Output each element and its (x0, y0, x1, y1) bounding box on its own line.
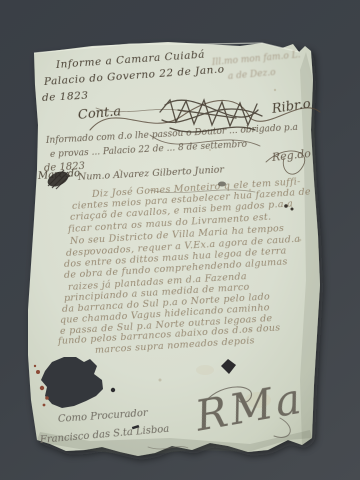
ink-dot-blot (111, 388, 115, 392)
ink-blot-layer (0, 0, 360, 480)
small-ink-dots (218, 182, 294, 211)
ink-diamond-blot (221, 359, 236, 374)
manuscript-photograph: Ill.mo mon fam.o L. a de Dez.o Informe a… (0, 0, 360, 480)
scratch-out-strokes (160, 100, 262, 132)
ink-dash-blot (132, 425, 139, 430)
margin-scribble-blot (45, 168, 70, 189)
